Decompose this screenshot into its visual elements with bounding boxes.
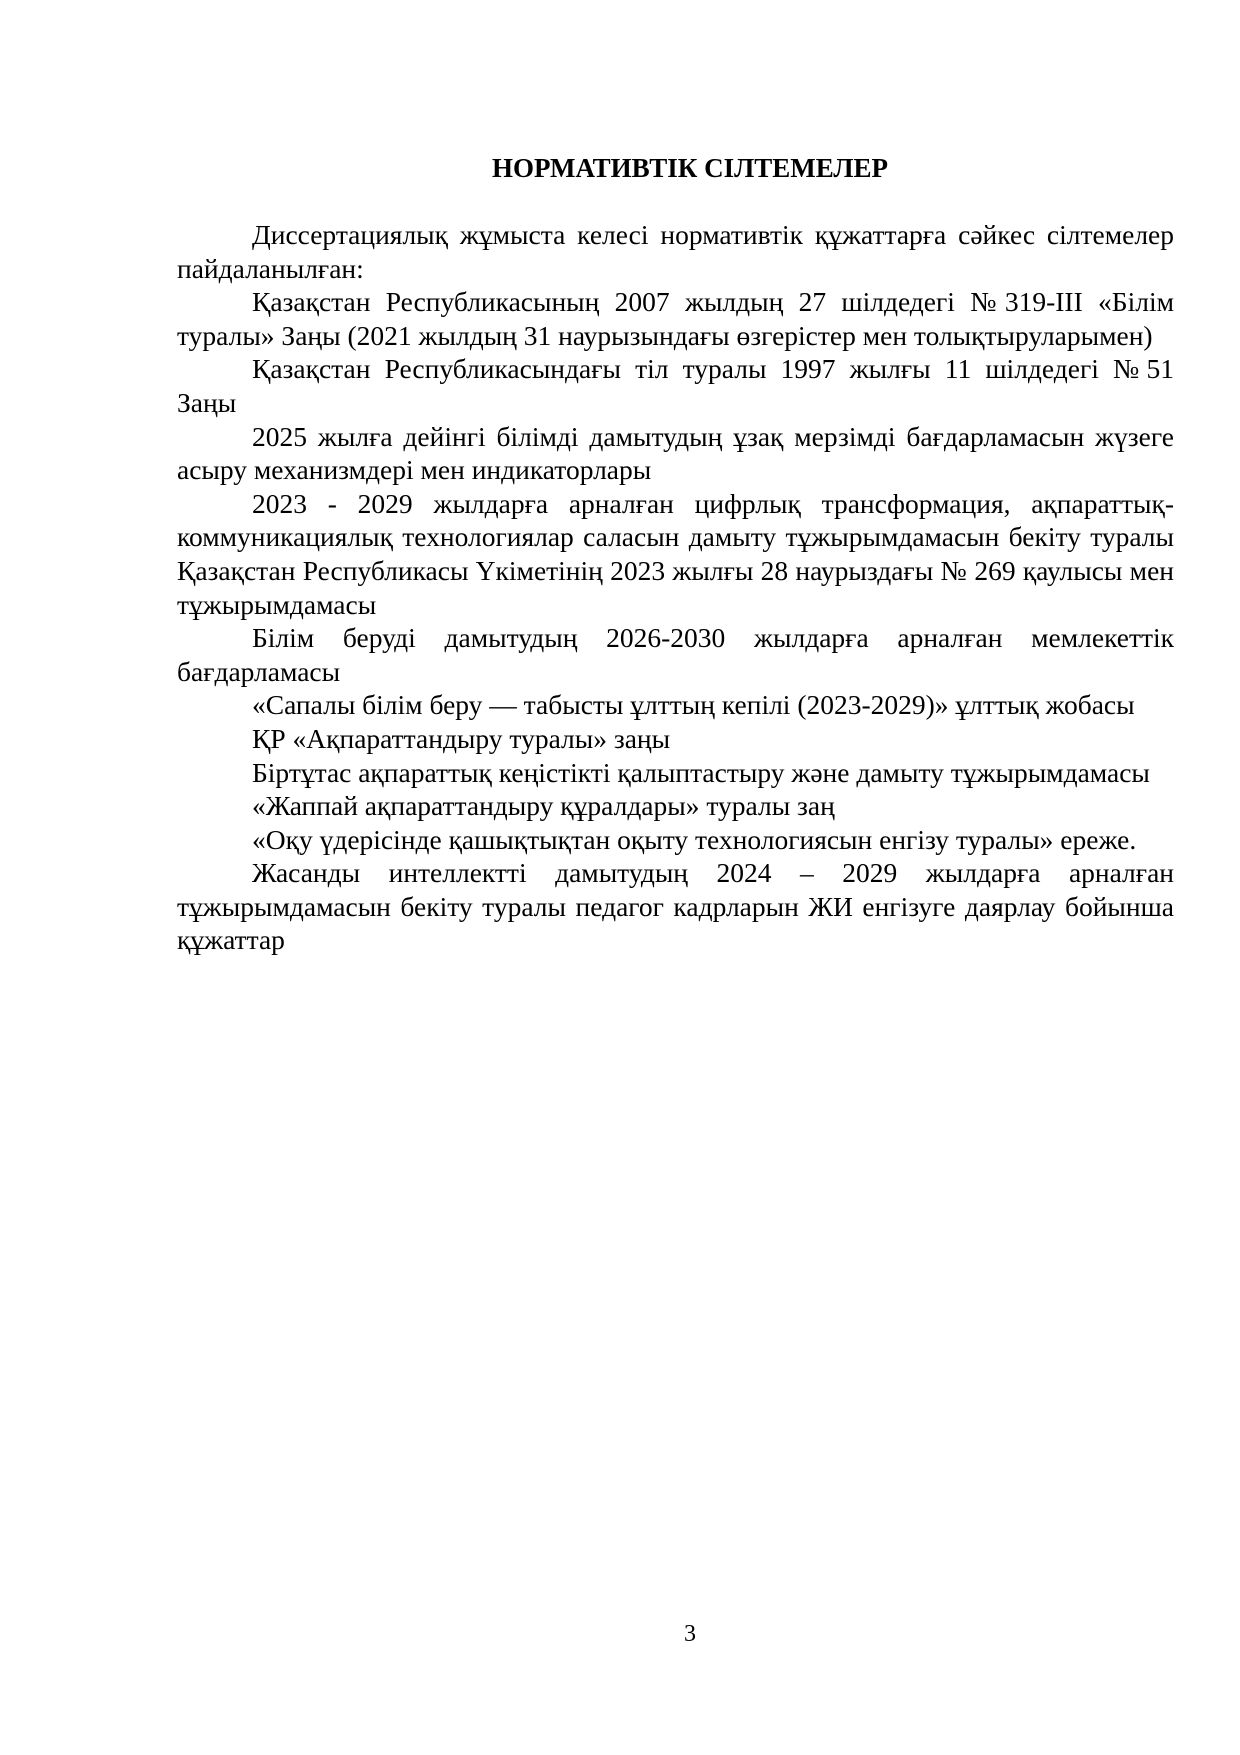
reference-item: Қазақстан Республикасының 2007 жылдың 27… [177, 285, 1174, 352]
normative-references-body: Диссертациялық жұмыста келесі нормативті… [177, 218, 1174, 957]
reference-item: ҚР «Ақпараттандыру туралы» заңы [177, 722, 1174, 756]
reference-item: «Оқу үдерісінде қашықтықтан оқыту технол… [177, 823, 1174, 857]
reference-item: «Сапалы білім беру — табысты ұлттың кепі… [177, 688, 1174, 722]
reference-item: Біртұтас ақпараттық кеңістікті қалыптаст… [177, 756, 1174, 790]
page-number: 3 [0, 1619, 1240, 1649]
reference-item: Жасанды интеллектті дамытудың 2024 – 202… [177, 856, 1174, 957]
reference-item: 2025 жылға дейінгі білімді дамытудың ұза… [177, 420, 1174, 487]
reference-item: 2023 - 2029 жылдарға арналған цифрлық тр… [177, 487, 1174, 621]
reference-item: «Жаппай ақпараттандыру құралдары» туралы… [177, 789, 1174, 823]
page-title: НОРМАТИВТІК СІЛТЕМЕЛЕР [0, 150, 1240, 186]
document-page: НОРМАТИВТІК СІЛТЕМЕЛЕР Диссертациялық жұ… [0, 0, 1240, 1755]
intro-paragraph: Диссертациялық жұмыста келесі нормативті… [177, 218, 1174, 285]
reference-item: Білім беруді дамытудың 2026-2030 жылдарғ… [177, 621, 1174, 688]
reference-item: Қазақстан Республикасындағы тіл туралы 1… [177, 352, 1174, 419]
